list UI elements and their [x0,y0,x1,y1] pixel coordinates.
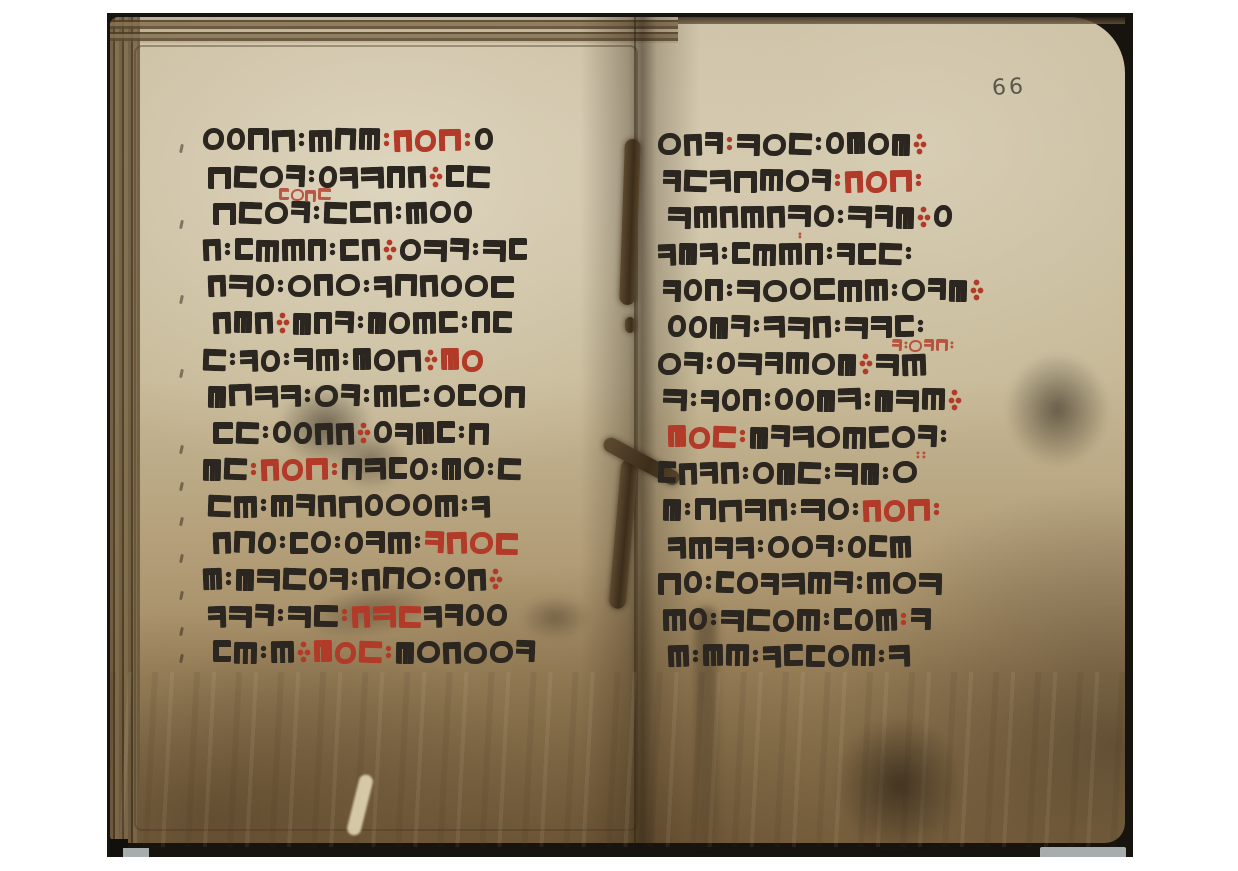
glyph [815,133,823,155]
glyph [291,189,304,201]
glyph [233,496,256,518]
text-line [201,166,631,189]
glyph [373,276,392,299]
glyph [467,569,486,592]
glyph [811,168,831,191]
glyph [313,640,331,662]
glyph [796,609,819,631]
glyph [725,644,748,666]
glyph [739,426,747,448]
glyph [875,353,898,375]
glyph [433,385,454,407]
glyph [700,390,718,412]
glyph [889,169,911,191]
glyph [235,238,253,260]
glyph [504,386,524,408]
glyph [394,423,412,445]
glyph [228,275,253,298]
glyph [260,349,279,371]
glyph [235,421,259,444]
glyph [250,458,258,480]
glyph [827,645,848,667]
glyph [491,276,514,298]
glyph [352,347,370,369]
glyph [453,201,471,223]
glyph [334,642,355,664]
glyph [824,462,832,484]
glyph [281,239,304,261]
glyph [279,532,287,554]
glyph [335,274,360,297]
glyph [882,462,890,484]
glyph [778,243,801,265]
text-line [656,316,1126,339]
glyph [290,532,308,554]
glyph [837,353,855,375]
glyph [207,605,226,628]
glyph [814,205,834,227]
glyph [827,498,848,520]
glyph [208,167,231,189]
glyph [860,463,878,485]
glyph [907,499,929,521]
glyph [416,641,439,663]
glyph [759,168,782,190]
glyph [373,348,394,370]
glyph [844,317,867,339]
glyph [924,338,934,350]
text-line [656,389,1126,412]
glyph [753,316,761,338]
glyph [721,243,729,265]
glyph [351,568,359,590]
glyph [308,166,316,188]
glyph [730,315,750,338]
text-line [656,353,1126,376]
glyph [693,206,716,228]
glyph [732,242,750,264]
text-line [201,532,631,555]
glyph [667,207,690,229]
glyph [272,421,290,443]
text-line [656,426,1126,449]
glyph [834,608,852,630]
glyph [752,244,775,266]
right-page-top-edge [678,17,1125,24]
glyph [851,644,874,666]
glyph [437,421,455,443]
glyph [657,352,680,374]
glyph [495,532,517,554]
glyph [852,499,860,521]
glyph [226,128,244,150]
glyph [487,458,495,480]
glyph [894,315,913,337]
glyph [314,422,333,445]
glyph [233,530,255,553]
glyph [248,128,269,150]
glyph [684,499,692,521]
text-line [656,536,1126,559]
glyph [901,279,924,301]
glyph [472,239,480,261]
glyph [308,239,326,261]
glyph [658,573,681,595]
text-line [201,422,631,445]
glyph [883,500,904,522]
glyph [357,422,371,444]
glyph [372,605,396,628]
glyph [458,422,466,444]
glyph [781,573,805,596]
glyph [409,458,428,481]
glyph [334,311,354,334]
glyph [868,534,887,557]
glyph [785,169,808,191]
glyph [225,568,233,590]
page-background: 66 [0,0,1238,871]
glyph [948,389,962,411]
glyph [482,240,505,262]
glyph [662,499,680,521]
glyph [865,170,886,192]
glyph [434,495,457,517]
glyph [461,495,469,517]
glyph [399,385,420,408]
glyph [464,457,484,479]
glyph [334,532,342,554]
glyph [888,645,910,668]
glyph [776,463,794,485]
glyph [471,496,490,519]
glyph [335,422,354,445]
glyph [202,568,222,591]
glyph [787,205,810,227]
glyph [283,349,291,371]
glyph [662,389,687,412]
glyph [948,280,966,302]
glyph [889,535,911,558]
glyph [363,275,371,297]
glyph [716,351,734,373]
glyph [838,280,862,302]
glyph [256,569,279,591]
glyph [715,571,734,594]
glyph [262,422,270,444]
glyph [892,572,916,595]
glyph [825,132,843,154]
glyph [407,165,426,188]
glyph [385,494,410,517]
glyph [868,425,889,448]
glyph [304,385,312,407]
glyph [705,572,713,594]
glyph [787,317,810,340]
glyph [813,278,834,300]
glyph [836,243,854,265]
glyph [720,462,739,485]
glyph [683,169,707,192]
glyph [202,348,226,371]
glyph [464,275,487,297]
glyph [864,279,887,301]
glyph [772,610,793,632]
glyph [424,349,438,371]
glyph [474,128,492,150]
glyph [949,340,953,352]
glyph [438,311,457,333]
left-page-text [201,129,631,678]
glyph [874,205,892,227]
glyph [833,571,853,594]
text-line [656,206,1126,229]
glyph [847,206,872,229]
glyph [287,275,311,298]
book-spread: 66 [110,17,1125,843]
glyph [254,386,278,409]
glyph [662,280,680,302]
glyph [446,531,467,554]
right-page-text [656,133,1126,682]
glyph [298,129,306,151]
glyph [449,237,469,260]
glyph [921,449,925,461]
glyph [313,605,337,627]
glyph [816,426,839,448]
glyph [213,422,233,444]
glyph [903,340,907,352]
glyph [762,280,787,303]
glyph [892,338,902,350]
glyph [446,165,464,187]
glyph [792,425,814,448]
glyph [714,536,732,558]
glyph [936,338,948,350]
glyph [834,463,857,485]
glyph [282,568,306,591]
glyph [331,458,339,480]
glyph [412,494,431,516]
glyph [357,312,365,334]
glyph [419,275,438,298]
glyph [367,312,385,334]
text-line [201,275,631,298]
glyph [395,202,403,224]
glyph [223,458,247,481]
glyph [444,567,465,590]
glyph [688,608,706,630]
text-line [201,568,631,591]
text-line [201,349,631,372]
glyph [440,275,461,297]
glyph [811,352,834,374]
glyph [235,569,253,591]
glyph [468,423,488,445]
glyph [429,201,450,223]
glyph [657,461,676,484]
glyph [469,531,492,553]
glyph [329,239,337,261]
interlinear-note [797,230,803,242]
glyph [940,426,948,448]
glyph [891,426,914,448]
glyph [389,457,407,479]
glyph [709,317,727,339]
glyph [207,495,231,518]
glyph [834,316,842,338]
glyph [678,243,696,265]
glyph [917,424,937,447]
glyph [763,316,785,339]
text-line [201,495,631,518]
glyph [341,458,361,480]
glyph [361,569,380,592]
glyph [264,202,287,224]
glyph [311,531,331,553]
glyph [917,316,925,338]
glyph [334,128,356,151]
glyph [255,240,278,262]
glyph [363,385,371,407]
glyph [461,312,469,334]
glyph [874,390,892,412]
glyph [260,641,268,663]
glyph [440,347,458,369]
glyph [414,532,422,554]
glyph [662,169,680,191]
glyph [683,134,702,157]
text-line [201,605,631,628]
glyph [736,572,757,594]
glyph [313,202,321,224]
glyph [913,133,927,155]
glyph [790,499,798,521]
glyph [770,424,790,447]
glyph [431,458,439,480]
glyph [895,207,913,229]
glyph [704,132,722,154]
text-line [201,312,631,335]
glyph [788,133,812,156]
glyph [783,644,802,666]
glyph [862,500,881,523]
glyph [837,206,845,228]
text-line [201,458,631,481]
glyph [238,202,262,225]
glyph [373,421,391,443]
glyph [297,641,311,663]
glyph [762,646,781,669]
glyph [743,389,761,411]
glyph [826,243,834,265]
glyph [461,349,482,371]
glyph [834,170,842,192]
glyph [805,243,823,265]
glyph [864,389,872,411]
glyph [287,606,310,628]
glyph [712,425,736,448]
glyph [280,385,300,407]
glyph [764,351,782,373]
interlinear-note [915,449,927,461]
glyph [314,312,332,334]
glyph [657,133,680,155]
glyph [797,462,821,485]
glyph [807,572,830,594]
glyph [213,203,236,225]
glyph [509,238,527,260]
glyph [212,531,231,554]
text-line [656,279,1126,302]
page-number: 66 [991,74,1026,101]
glyph [393,130,412,153]
glyph [760,573,778,595]
text-line [656,133,1126,156]
glyph [683,351,703,374]
glyph [305,190,316,202]
glyph [383,129,391,151]
text-line [201,202,631,225]
glyph [254,312,273,335]
glyph [737,352,762,375]
glyph [342,349,350,371]
glyph [360,166,384,189]
glyph [318,188,331,200]
glyph [233,311,251,333]
glyph [764,389,772,411]
glyph [271,495,293,517]
glyph [207,386,225,408]
glyph [434,568,442,590]
glyph [373,202,392,225]
glyph [690,389,698,411]
glyph [768,499,787,522]
glyph [735,536,754,559]
glyph [878,645,886,667]
glyph [364,494,382,516]
glyph [257,531,276,554]
glyph [726,133,734,155]
glyph [364,458,386,481]
glyph [859,353,873,375]
glyph [815,534,833,556]
glyph [662,609,685,631]
glyph [856,572,864,594]
glyph [344,531,363,554]
glyph [229,349,237,371]
glyph [871,316,892,338]
glyph [917,206,931,228]
glyph [260,495,268,517]
text-line [656,572,1126,595]
glyph [489,641,512,663]
glyph [279,188,289,200]
glyph [844,170,863,193]
glyph [315,348,338,370]
glyph [458,384,476,406]
glyph [254,603,274,626]
glyph [736,134,759,156]
glyph [752,462,773,484]
glyph [905,243,913,265]
glyph [338,496,362,519]
glyph [442,458,461,480]
page-stain [836,717,961,852]
glyph [313,274,332,296]
glyph [492,311,511,333]
glyph [854,608,873,631]
glyph [895,390,918,412]
